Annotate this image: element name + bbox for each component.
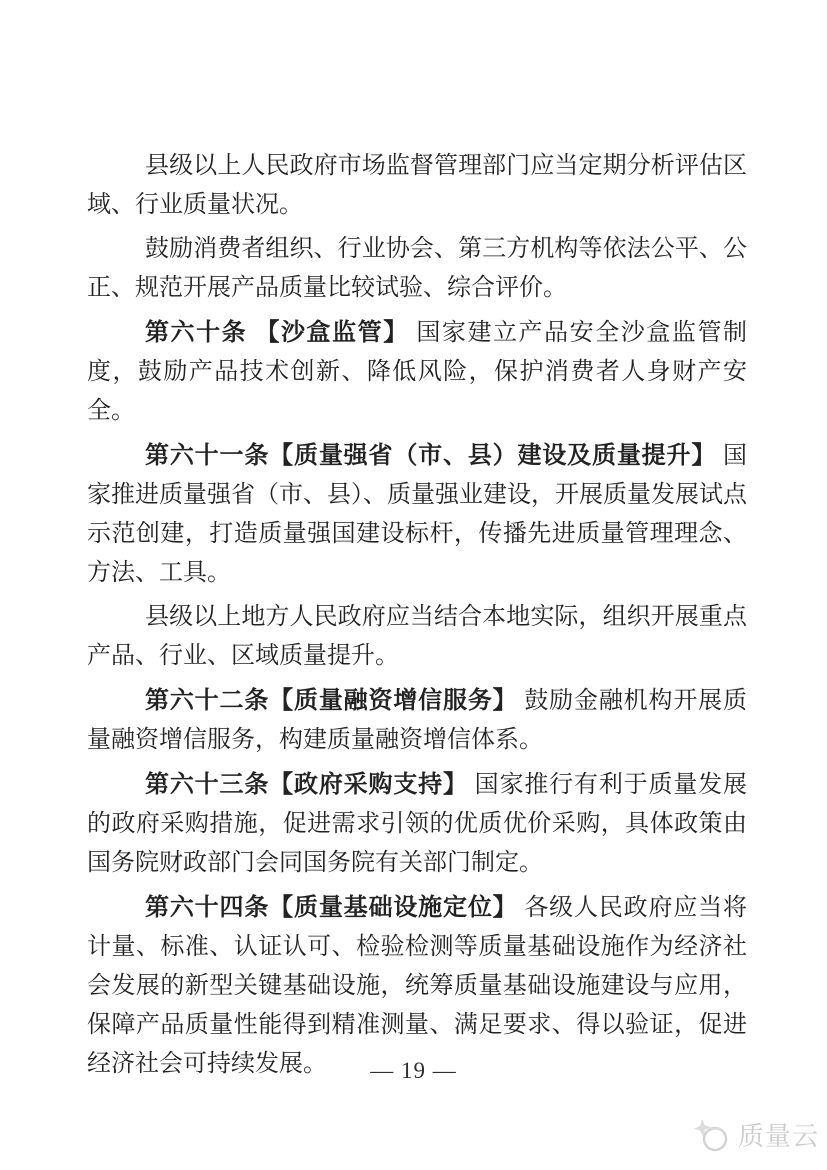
watermark-label: 质量云 <box>738 1116 819 1153</box>
article-heading: 第六十四条【质量基础设施定位】 <box>145 894 518 921</box>
paragraph-text: 鼓励消费者组织、行业协会、第三方机构等依法公平、公正、规范开展产品质量比较试验、… <box>87 236 747 301</box>
paragraph-text: 县级以上地方人民政府应当结合本地实际，组织开展重点产品、行业、区域质量提升。 <box>87 604 747 669</box>
article-heading: 第六十二条【质量融资增信服务】 <box>145 687 518 714</box>
paragraph: 第六十四条【质量基础设施定位】 各级人民政府应当将计量、标准、认证认可、检验检测… <box>87 888 747 1084</box>
paragraph: 第六十一条【质量强省（市、县）建设及质量提升】 国家推进质量强省（市、县）、质量… <box>87 436 747 593</box>
paragraph: 鼓励消费者组织、行业协会、第三方机构等依法公平、公正、规范开展产品质量比较试验、… <box>87 230 747 308</box>
paragraph: 第六十条 【沙盒监管】 国家建立产品安全沙盒监管制度，鼓励产品技术创新、降低风险… <box>87 313 747 431</box>
article-heading: 第六十三条【政府采购支持】 <box>145 771 468 798</box>
paragraph: 第六十二条【质量融资增信服务】 鼓励金融机构开展质量融资增信服务，构建质量融资增… <box>87 681 747 760</box>
watermark: 质量云 <box>691 1116 819 1153</box>
paragraph-text: 县级以上人民政府市场监督管理部门应当定期分析评估区域、行业质量状况。 <box>87 153 747 218</box>
paragraph: 县级以上人民政府市场监督管理部门应当定期分析评估区域、行业质量状况。 <box>87 147 747 225</box>
document-body: 县级以上人民政府市场监督管理部门应当定期分析评估区域、行业质量状况。鼓励消费者组… <box>87 147 747 1089</box>
paragraph: 县级以上地方人民政府应当结合本地实际，组织开展重点产品、行业、区域质量提升。 <box>87 598 747 676</box>
article-heading: 第六十一条【质量强省（市、县）建设及质量提升】 <box>145 442 716 469</box>
article-heading: 第六十条 【沙盒监管】 <box>145 319 409 346</box>
paragraph-text: 各级人民政府应当将计量、标准、认证认可、检验检测等质量基础设施作为经济社会发展的… <box>87 895 747 1077</box>
quality-cloud-logo-icon <box>691 1117 733 1153</box>
page-number: — 19 — <box>0 1056 827 1086</box>
paragraph: 第六十三条【政府采购支持】 国家推行有利于质量发展的政府采购措施，促进需求引领的… <box>87 765 747 883</box>
